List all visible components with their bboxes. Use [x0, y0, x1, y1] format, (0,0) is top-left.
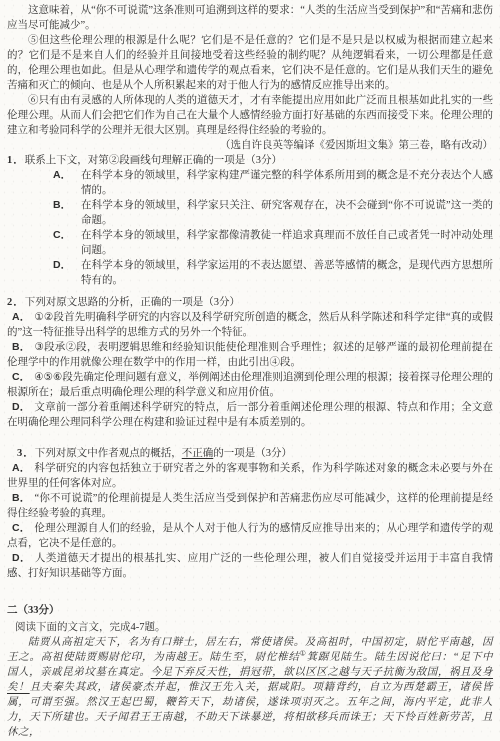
question-1-option-b: B． 在科学本身的领域里，科学家只关注、研究客观存在，决不会碰到“你不可说谎”这… — [7, 198, 493, 228]
question-1-stem: 1．联系上下文，对第②段画线句理解正确的一项是（3分） — [7, 153, 493, 168]
question-3-stem: 3．下列对原文中作者观点的概括，不正确的一项是（3分） — [7, 446, 493, 461]
option-c-text: 伦理公理源自人们的经验，是从个人对于他人行为的感情反应推导出来的；从心理学和遗传… — [7, 523, 493, 549]
classical-passage-part3: 且夫秦失其政，诸侯豪杰并起，惟汉王先入关，据咸阳。项籍背约，自立为西楚霸王，诸侯… — [7, 682, 493, 738]
question-2-number: 2． — [7, 297, 25, 308]
question-3-option-b: B．“你不可说谎”的伦理前提是人类生活应当受到保护和苦痛悲伤应尽可能减少，这样的… — [7, 491, 493, 521]
option-d-text: 人类道德天才提出的根基扎实、应用广泛的一些伦理公理，被人们自觉接受并运用于丰富自… — [7, 553, 493, 579]
option-c-letter: C． — [53, 228, 81, 258]
footnote-marker: ① — [300, 650, 307, 658]
option-a-letter: A． — [12, 311, 30, 323]
question-1: 1．联系上下文，对第②段画线句理解正确的一项是（3分） A． 在科学本身的领域里… — [7, 153, 493, 288]
classical-passage: 陆贾从高祖定天下，名为有口辩士，居左右，常使诸侯。及高祖时，中国初定，尉佗平南越… — [7, 635, 493, 740]
option-d-letter: D． — [12, 401, 30, 413]
option-b-letter: B． — [12, 341, 30, 353]
option-b-text: “你不可说谎”的伦理前提是人类生活应当受到保护和苦痛悲伤应尽可能减少，这样的伦理… — [7, 493, 493, 519]
question-3-stem-emphasis: 不正确 — [182, 448, 214, 459]
question-2-stem: 2．下列对原文思路的分析，正确的一项是（3分） — [7, 295, 493, 310]
question-2-option-a: A．①②段首先明确科学研究的内容以及科学研究所创造的概念，然后从科学陈述和科学定… — [7, 310, 493, 340]
option-d-letter: D． — [12, 552, 31, 564]
option-a-letter: A． — [12, 462, 30, 474]
question-3-stem-post: 的一项是（3分） — [213, 448, 292, 459]
question-3-stem-pre: 下列对原文中作者观点的概括， — [35, 448, 182, 459]
option-b-text: 在科学本身的领域里，科学家只关注、研究客观存在，决不会碰到“你不可说谎”这一类的… — [81, 198, 493, 228]
option-d-letter: D． — [53, 258, 81, 288]
question-2-option-d: D．文章前一部分着重阐述科学研究的特点，后一部分着重阐述伦理公理的根源、特点和作… — [7, 400, 493, 430]
question-1-number: 1． — [7, 155, 25, 166]
option-c-text: ④⑤⑥段先确定伦理问题有意义，举例阐述由伦理准则追溯到伦理公理的根源；接着探寻伦… — [7, 372, 493, 398]
option-d-text: 文章前一部分着重阐述科学研究的特点，后一部分着重阐述伦理公理的根源、特点和作用；… — [7, 402, 493, 428]
question-2: 2．下列对原文思路的分析，正确的一项是（3分） A．①②段首先明确科学研究的内容… — [7, 295, 493, 430]
option-b-letter: B． — [53, 198, 81, 228]
passage-continuation-paragraph: 这意味着，从“你不可说谎”这条准则可追溯到这样的要求：“人类的生活应当受到保护”… — [7, 3, 493, 33]
option-b-letter: B． — [12, 492, 30, 504]
question-3-option-d: D．人类道德天才提出的根基扎实、应用广泛的一些伦理公理，被人们自觉接受并运用于丰… — [7, 551, 493, 581]
passage-paragraph-5: ⑤但这些伦理公理的根源是什么呢？它们是不是任意的？它们是不是只是以权威为根据而建… — [7, 33, 493, 93]
source-attribution: （选自许良英等编译《爱因斯坦文集》第三卷，略有改动） — [7, 138, 493, 153]
exam-page: 这意味着，从“你不可说谎”这条准则可追溯到这样的要求：“人类的生活应当受到保护”… — [0, 0, 500, 740]
question-2-option-c: C．④⑤⑥段先确定伦理问题有意义，举例阐述由伦理准则追溯到伦理公理的根源；接着探… — [7, 370, 493, 400]
question-1-option-d: D． 在科学本身的领域里，科学家运用的不表达愿望、善恶等感情的概念，是现代西方思… — [7, 258, 493, 288]
question-3-option-a: A．科学研究的内容包括独立于研究者之外的客观事物和关系，作为科学陈述对象的概念未… — [7, 461, 493, 491]
question-1-option-c: C． 在科学本身的领域里，科学家都像清教徒一样追求真理而不放任自己或者凭一时冲动… — [7, 228, 493, 258]
option-c-text: 在科学本身的领域里，科学家都像清教徒一样追求真理而不放任自己或者凭一时冲动处理问… — [81, 228, 493, 258]
question-2-stem-text: 下列对原文思路的分析，正确的一项是（3分） — [25, 297, 240, 308]
section-2-instruction: 阅读下面的文言文，完成4-7题。 — [7, 620, 493, 635]
option-a-text: 科学研究的内容包括独立于研究者之外的客观事物和关系，作为科学陈述对象的概念未必要… — [7, 463, 493, 489]
option-a-text: 在科学本身的领域里，科学家构建严谨完整的科学体系所用到的概念是不充分表达个人感情… — [81, 168, 493, 198]
passage-paragraph-6: ⑥只有由有灵感的人所体现的人类的道德天才，才有幸能提出应用如此广泛而且根基如此扎… — [7, 93, 493, 138]
question-3-number: 3． — [17, 448, 35, 459]
option-b-text: ③段承②段，表明逻辑思维和经验知识能使伦理准则合乎理性；叙述的足够严谨的最初伦理… — [7, 342, 493, 368]
option-d-text: 在科学本身的领域里，科学家运用的不表达愿望、善恶等感情的概念，是现代西方思想所特… — [81, 258, 493, 288]
option-a-letter: A． — [53, 168, 81, 198]
question-3: 3．下列对原文中作者观点的概括，不正确的一项是（3分） A．科学研究的内容包括独… — [7, 446, 493, 581]
section-2-heading: 二（33分） — [7, 603, 493, 618]
question-1-stem-text: 联系上下文，对第②段画线句理解正确的一项是（3分） — [25, 155, 282, 166]
question-3-option-c: C．伦理公理源自人们的经验，是从个人对于他人行为的感情反应推导出来的；从心理学和… — [7, 521, 493, 551]
option-c-letter: C． — [12, 522, 30, 534]
option-c-letter: C． — [12, 371, 30, 383]
question-2-option-b: B．③段承②段，表明逻辑思维和经验知识能使伦理准则合乎理性；叙述的足够严谨的最初… — [7, 340, 493, 370]
option-a-text: ①②段首先明确科学研究的内容以及科学研究所创造的概念，然后从科学陈述和科学定律“… — [7, 312, 493, 338]
question-1-option-a: A． 在科学本身的领域里，科学家构建严谨完整的科学体系所用到的概念是不充分表达个… — [7, 168, 493, 198]
